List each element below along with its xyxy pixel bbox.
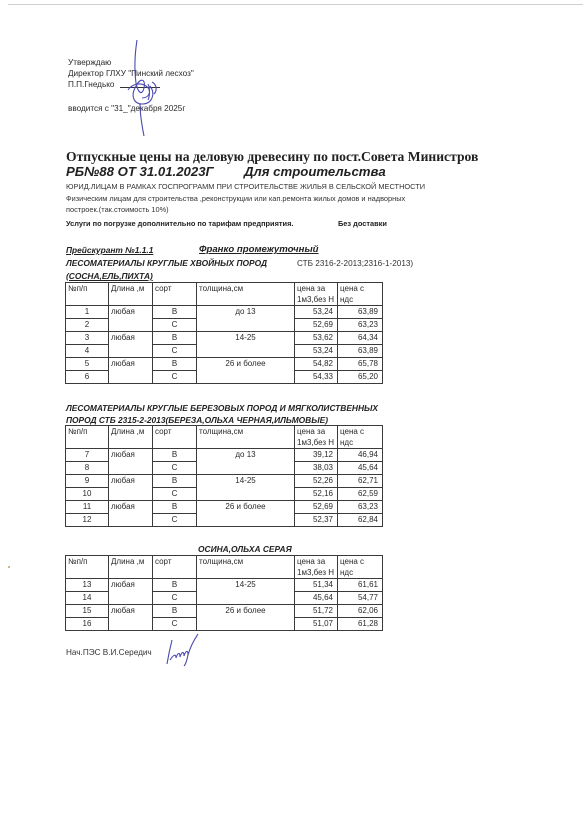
row-price-vat: 63,89 xyxy=(338,345,383,358)
row-price: 51,07 xyxy=(295,618,338,631)
col-header-length xyxy=(109,294,153,306)
col-header-num xyxy=(66,294,109,306)
franco-label: Франко промежуточный xyxy=(199,244,319,255)
col-header-num: №п/п xyxy=(66,556,109,568)
table-row: 8С38,0345,64 xyxy=(66,462,383,475)
section-species: (СОСНА,ЕЛЬ,ПИХТА) xyxy=(66,271,153,281)
table-row: 7любаяВдо 1339,1246,94 xyxy=(66,449,383,462)
col-header-grade xyxy=(153,294,197,306)
col-header-thickness xyxy=(197,437,295,449)
col-header-length: Длина ,м xyxy=(109,556,153,568)
pricelist-number: Прейскурант №1.1.1 xyxy=(66,245,153,255)
effective-date: вводится с "31_"декабря 2025г xyxy=(68,104,185,114)
row-price: 51,72 xyxy=(295,605,338,618)
row-length xyxy=(109,371,153,384)
col-header-length xyxy=(109,437,153,449)
note-legal-entities: ЮРИД.ЛИЦАМ В РАМКАХ ГОСПРОГРАММ ПРИ СТРО… xyxy=(66,182,425,191)
signature-line xyxy=(120,87,160,88)
row-number: 2 xyxy=(66,319,109,332)
row-grade: В xyxy=(153,358,197,371)
row-length xyxy=(109,618,153,631)
row-price: 45,64 xyxy=(295,592,338,605)
table-row: 14С45,6454,77 xyxy=(66,592,383,605)
delivery-note: Без доставки xyxy=(338,219,387,228)
row-number: 15 xyxy=(66,605,109,618)
row-grade: С xyxy=(153,618,197,631)
row-grade: С xyxy=(153,462,197,475)
row-price-vat: 63,23 xyxy=(338,501,383,514)
row-price-vat: 62,71 xyxy=(338,475,383,488)
row-price: 54,33 xyxy=(295,371,338,384)
row-price-vat: 61,61 xyxy=(338,579,383,592)
col-header-grade: сорт xyxy=(153,426,197,438)
table-row: 12С52,3762,84 xyxy=(66,514,383,527)
row-price-vat: 62,84 xyxy=(338,514,383,527)
row-number: 10 xyxy=(66,488,109,501)
table-row: 5любаяВ26 и более54,8265,78 xyxy=(66,358,383,371)
section-title: ЛЕСОМАТЕРИАЛЫ КРУГЛЫЕ БЕРЕЗОВЫХ ПОРОД И … xyxy=(66,403,378,413)
scan-edge xyxy=(8,4,583,5)
col-header-price: 1м3,без Н xyxy=(295,294,338,306)
table-row: 1любаяВдо 1353,2463,89 xyxy=(66,306,383,319)
row-length: любая xyxy=(109,332,153,345)
row-length: любая xyxy=(109,501,153,514)
approval-name: П.П.Гнедько xyxy=(68,80,114,90)
row-price: 38,03 xyxy=(295,462,338,475)
col-header-price: 1м3,без Н xyxy=(295,437,338,449)
row-number: 16 xyxy=(66,618,109,631)
col-header-price-vat: ндс xyxy=(338,437,383,449)
row-length xyxy=(109,488,153,501)
table-row: 16С51,0761,28 xyxy=(66,618,383,631)
row-price: 52,69 xyxy=(295,501,338,514)
table-row: 3любаяВ14-2553,6264,34 xyxy=(66,332,383,345)
col-header-num: №п/п xyxy=(66,283,109,295)
col-header-num xyxy=(66,437,109,449)
row-thickness xyxy=(197,462,295,475)
col-header-grade xyxy=(153,437,197,449)
table-row: 6С54,3365,20 xyxy=(66,371,383,384)
row-price-vat: 65,20 xyxy=(338,371,383,384)
col-header-thickness: толщина,см xyxy=(197,556,295,568)
row-thickness: 26 и более xyxy=(197,605,295,618)
table-row: 4С53,2463,89 xyxy=(66,345,383,358)
row-price-vat: 45,64 xyxy=(338,462,383,475)
row-number: 13 xyxy=(66,579,109,592)
row-price: 52,37 xyxy=(295,514,338,527)
row-number: 14 xyxy=(66,592,109,605)
row-length: любая xyxy=(109,475,153,488)
table-row: 9любаяВ14-2552,2662,71 xyxy=(66,475,383,488)
col-header-length: Длина ,м xyxy=(109,426,153,438)
row-length xyxy=(109,319,153,332)
col-header-length xyxy=(109,567,153,579)
row-grade: В xyxy=(153,475,197,488)
services-note: Услуги по погрузке дополнительно по тари… xyxy=(66,219,293,228)
row-length: любая xyxy=(109,605,153,618)
table-row: 2С52,6963,23 xyxy=(66,319,383,332)
row-thickness xyxy=(197,371,295,384)
row-price: 52,26 xyxy=(295,475,338,488)
col-header-thickness: толщина,см xyxy=(197,426,295,438)
row-price: 53,24 xyxy=(295,306,338,319)
col-header-length: Длина ,м xyxy=(109,283,153,295)
row-number: 7 xyxy=(66,449,109,462)
row-grade: В xyxy=(153,306,197,319)
signatory-signature-icon xyxy=(162,632,202,668)
price-table-conifer: №п/пДлина ,мсорттолщина,смцена зацена с1… xyxy=(65,282,383,384)
row-grade: В xyxy=(153,579,197,592)
row-number: 5 xyxy=(66,358,109,371)
row-price-vat: 64,34 xyxy=(338,332,383,345)
row-thickness: 14-25 xyxy=(197,579,295,592)
approval-label: Утверждаю xyxy=(68,58,111,68)
row-length xyxy=(109,514,153,527)
section-title: ЛЕСОМАТЕРИАЛЫ КРУГЛЫЕ ХВОЙНЫХ ПОРОД xyxy=(66,258,267,268)
section-standard: СТБ 2316-2-2013;2316-1-2013) xyxy=(297,259,413,268)
row-price-vat: 46,94 xyxy=(338,449,383,462)
row-length xyxy=(109,592,153,605)
col-header-price-vat: цена с xyxy=(338,283,383,295)
section-species: ПОРОД СТБ 2315-2-2013(БЕРЕЗА,ОЛЬХА ЧЕРНА… xyxy=(66,415,328,425)
section-title: ОСИНА,ОЛЬХА СЕРАЯ xyxy=(198,544,292,554)
row-thickness: 14-25 xyxy=(197,332,295,345)
row-grade: В xyxy=(153,449,197,462)
table-row: 10С52,1662,59 xyxy=(66,488,383,501)
row-price: 52,16 xyxy=(295,488,338,501)
row-thickness: 26 и более xyxy=(197,358,295,371)
director-signature-icon xyxy=(112,38,172,138)
row-thickness xyxy=(197,592,295,605)
col-header-price-vat: ндс xyxy=(338,567,383,579)
col-header-grade: сорт xyxy=(153,283,197,295)
row-number: 4 xyxy=(66,345,109,358)
row-grade: В xyxy=(153,332,197,345)
row-price: 39,12 xyxy=(295,449,338,462)
col-header-grade: сорт xyxy=(153,556,197,568)
row-length: любая xyxy=(109,449,153,462)
note-individuals: Физическим лицам для строительства ,реко… xyxy=(66,194,405,203)
row-number: 6 xyxy=(66,371,109,384)
row-length: любая xyxy=(109,306,153,319)
row-number: 1 xyxy=(66,306,109,319)
signatory-label: Нач.ПЭС В.И.Середич xyxy=(66,648,152,657)
row-length: любая xyxy=(109,579,153,592)
col-header-thickness: толщина,см xyxy=(197,283,295,295)
row-price-vat: 62,06 xyxy=(338,605,383,618)
col-header-price: цена за xyxy=(295,426,338,438)
col-header-price-vat: цена с xyxy=(338,556,383,568)
table-row: 13любаяВ14-2551,3461,61 xyxy=(66,579,383,592)
row-thickness: до 13 xyxy=(197,449,295,462)
col-header-thickness xyxy=(197,567,295,579)
row-price: 52,69 xyxy=(295,319,338,332)
resolution-ref: РБ№88 ОТ 31.01.2023Г xyxy=(66,164,214,179)
table-row: 11любаяВ26 и более52,6963,23 xyxy=(66,501,383,514)
row-grade: С xyxy=(153,319,197,332)
col-header-price-vat: ндс xyxy=(338,294,383,306)
col-header-price-vat: цена с xyxy=(338,426,383,438)
row-grade: С xyxy=(153,488,197,501)
row-thickness xyxy=(197,488,295,501)
note-tax: построек.(так.стоимость 10%) xyxy=(66,205,169,214)
col-header-thickness xyxy=(197,294,295,306)
row-grade: С xyxy=(153,514,197,527)
row-price-vat: 63,23 xyxy=(338,319,383,332)
col-header-num: №п/п xyxy=(66,426,109,438)
col-header-price: цена за xyxy=(295,556,338,568)
row-number: 8 xyxy=(66,462,109,475)
scan-speck xyxy=(8,566,10,568)
row-grade: С xyxy=(153,371,197,384)
row-thickness: до 13 xyxy=(197,306,295,319)
row-grade: В xyxy=(153,605,197,618)
row-number: 11 xyxy=(66,501,109,514)
row-price: 54,82 xyxy=(295,358,338,371)
col-header-grade xyxy=(153,567,197,579)
row-grade: С xyxy=(153,345,197,358)
approval-director: Директор ГЛХУ "Пинский лесхоз" xyxy=(68,69,194,79)
row-price: 51,34 xyxy=(295,579,338,592)
row-price: 53,62 xyxy=(295,332,338,345)
row-thickness xyxy=(197,514,295,527)
row-grade: С xyxy=(153,592,197,605)
row-price-vat: 61,28 xyxy=(338,618,383,631)
row-thickness xyxy=(197,319,295,332)
row-grade: В xyxy=(153,501,197,514)
col-header-num xyxy=(66,567,109,579)
row-number: 9 xyxy=(66,475,109,488)
row-number: 12 xyxy=(66,514,109,527)
document-title: Отпускные цены на деловую древесину по п… xyxy=(66,149,478,165)
row-price: 53,24 xyxy=(295,345,338,358)
row-price-vat: 54,77 xyxy=(338,592,383,605)
row-thickness: 26 и более xyxy=(197,501,295,514)
row-length: любая xyxy=(109,358,153,371)
row-number: 3 xyxy=(66,332,109,345)
purpose-label: Для строительства xyxy=(244,164,386,179)
price-table-birch: №п/пДлина ,мсорттолщина,смцена зацена с1… xyxy=(65,425,383,527)
row-thickness: 14-25 xyxy=(197,475,295,488)
price-table-aspen: №п/пДлина ,мсорттолщина,смцена зацена с1… xyxy=(65,555,383,631)
row-price-vat: 62,59 xyxy=(338,488,383,501)
row-length xyxy=(109,462,153,475)
row-thickness xyxy=(197,345,295,358)
row-thickness xyxy=(197,618,295,631)
row-length xyxy=(109,345,153,358)
row-price-vat: 65,78 xyxy=(338,358,383,371)
row-price-vat: 63,89 xyxy=(338,306,383,319)
col-header-price: 1м3,без Н xyxy=(295,567,338,579)
col-header-price: цена за xyxy=(295,283,338,295)
table-row: 15любаяВ26 и более51,7262,06 xyxy=(66,605,383,618)
